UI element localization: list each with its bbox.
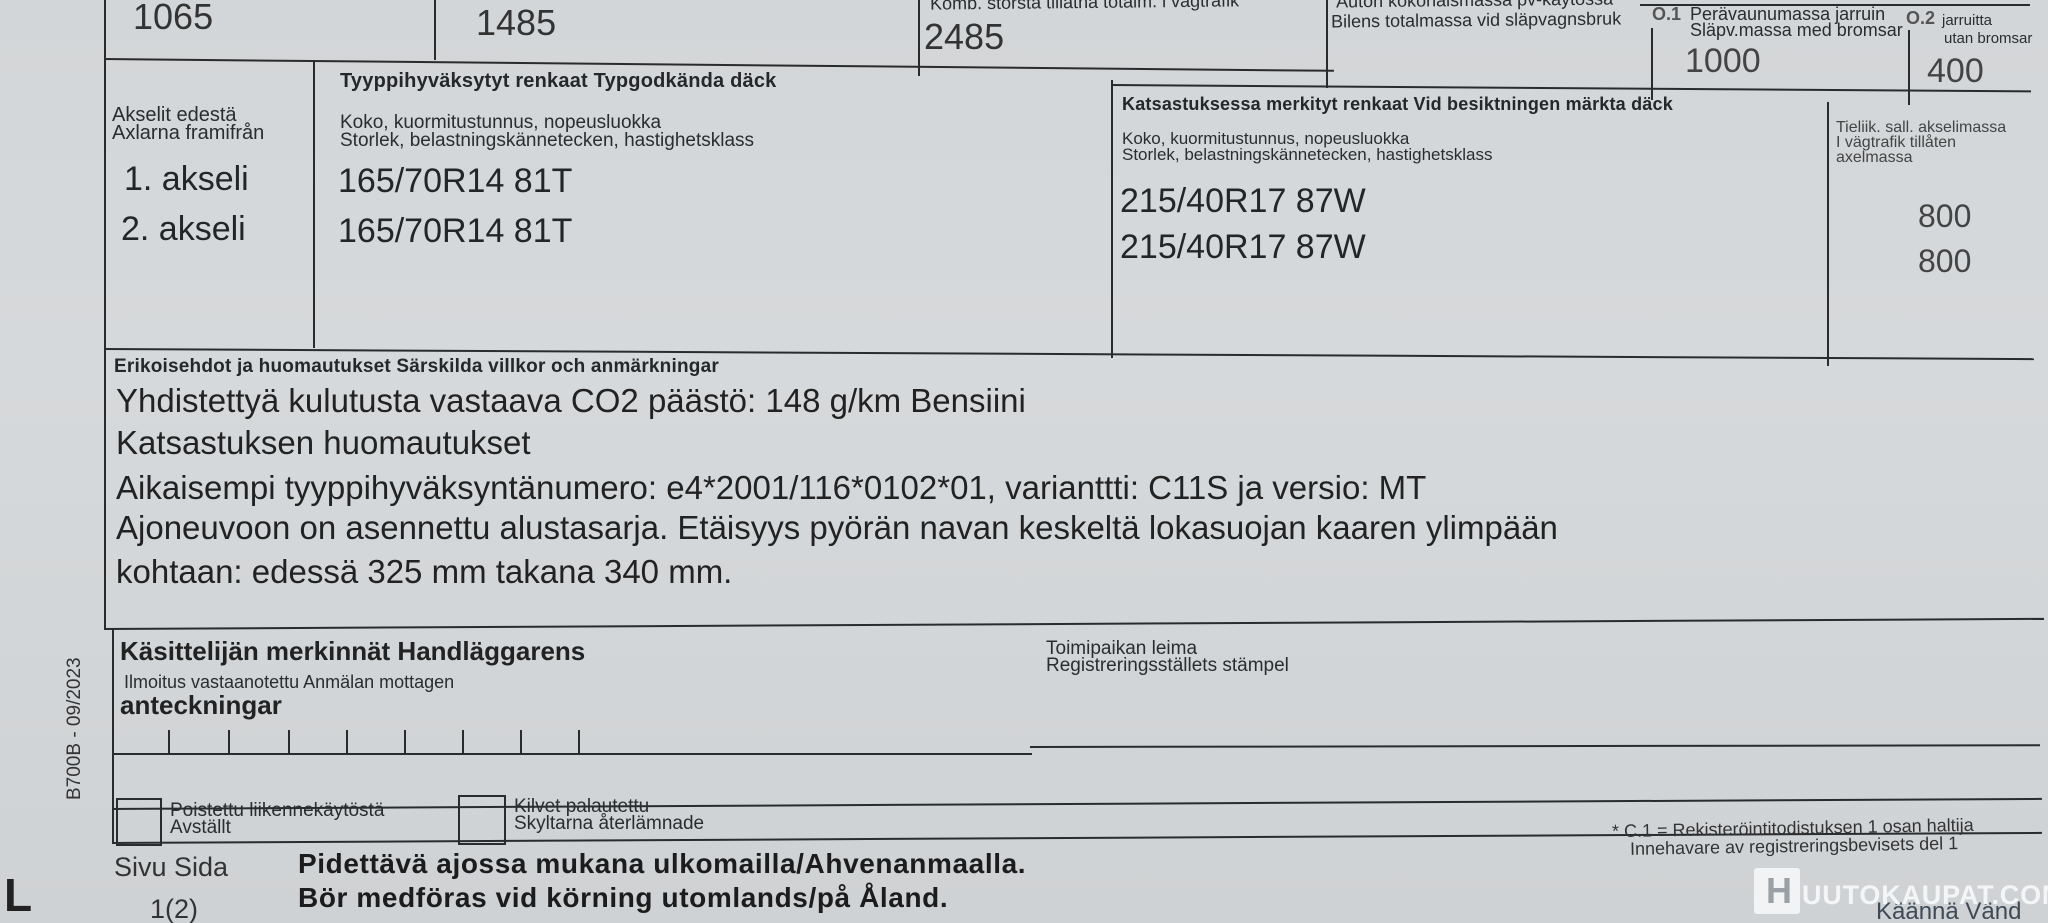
unbraked-mass-value: 400 (1927, 52, 1984, 91)
plates-returned-label-sv: Skyltarna återlämnade (514, 815, 704, 832)
date-tick (228, 730, 230, 754)
remark-line-2: Katsastuksen huomautukset (116, 424, 531, 462)
top-row-divider (104, 0, 106, 60)
huutokaupat-logo-icon: H (1754, 868, 1800, 914)
date-tick (404, 730, 406, 754)
mass-value-1: 1065 (133, 0, 213, 38)
top-row-divider (1908, 30, 1910, 105)
axle-mass-column-divider (1827, 102, 1829, 366)
type-approved-tires-title: Tyyppihyväksytyt renkaat Typgodkända däc… (340, 70, 777, 93)
received-label: Ilmoitus vastaanotettu Anmälan mottagen (124, 674, 454, 691)
handler-left-border (112, 628, 114, 843)
type-approved-sub-fi: Koko, kuormitustunnus, nopeusluokka (340, 114, 661, 131)
inspected-tire-2: 215/40R17 87W (1120, 228, 1366, 267)
type-approved-tire-2: 165/70R14 81T (338, 212, 572, 251)
axle-mass-value-2: 800 (1918, 243, 1971, 280)
date-tick (288, 730, 290, 754)
top-row-divider (434, 0, 436, 60)
type-approved-tire-1: 165/70R14 81T (338, 162, 572, 201)
top-row-divider (1326, 0, 1328, 88)
watermark-text: UUTOKAUPAT.COM (1802, 880, 2048, 911)
tires-column-divider (1111, 80, 1113, 358)
braked-code: O.1 (1652, 4, 1681, 25)
handler-top-border (104, 618, 2044, 630)
top-row-divider (918, 0, 920, 76)
axles-header-sv: Axlarna framifrån (112, 124, 264, 142)
remark-line-1: Yhdistettyä kulutusta vastaava CO2 pääst… (116, 382, 1026, 420)
date-tick (168, 730, 170, 754)
type-approved-sub-sv: Storlek, belastningskännetecken, hastigh… (340, 132, 754, 149)
axle-1-label: 1. akseli (124, 160, 249, 199)
axle-mass-label-2: I vägtrafik tillåten (1836, 135, 1956, 150)
handler-title-fi: Käsittelijän merkinnät Handläggarens (120, 636, 585, 667)
remarks-left-border (104, 348, 106, 628)
combination-mass-label: Komb. största tillåtna totalm. i vägtraf… (930, 0, 1239, 13)
handler-title-sv: anteckningar (120, 690, 282, 721)
inspected-tires-top-border (1111, 84, 2031, 92)
date-tick (462, 730, 464, 754)
tires-left-border (104, 58, 106, 348)
axle-mass-label-1: Tieliik. sall. akselimassa (1836, 120, 2006, 135)
date-tick (578, 730, 580, 754)
axle-mass-label-3: axelmassa (1836, 150, 1912, 165)
page-label: Sivu Sida (114, 852, 228, 883)
trailer-use-label-sv: Bilens totalmassa vid släpvagnsbruk (1331, 10, 1621, 30)
stamp-label-sv: Registreringsställets stämpel (1046, 657, 1289, 674)
inspected-sub-sv: Storlek, belastningskännetecken, hastigh… (1122, 146, 1492, 163)
page-number: 1(2) (150, 894, 198, 923)
logo-letter: H (1766, 870, 1792, 912)
unbraked-code: O.2 (1906, 8, 1935, 29)
unbraked-label-fi: jarruitta (1942, 12, 1992, 29)
max-mass-value: 1485 (476, 2, 556, 44)
removed-from-traffic-checkbox[interactable] (116, 798, 162, 846)
remarks-title: Erikoisehdot ja huomautukset Särskilda v… (114, 356, 719, 378)
axle-mass-value-1: 800 (1918, 198, 1971, 235)
remark-line-5: kohtaan: edessä 325 mm takana 340 mm. (116, 553, 732, 591)
unbraked-label-sv: utan bromsar (1944, 30, 2032, 47)
plates-returned-checkbox[interactable] (458, 795, 506, 845)
checkbox-row-top-border (112, 798, 2042, 810)
stamp-area-line (1030, 744, 2040, 748)
remark-line-3: Aikaisempi tyyppihyväksyntänumero: e4*20… (116, 469, 1426, 507)
remark-line-4: Ajoneuvoon on asennettu alustasarja. Etä… (116, 509, 1558, 547)
inspected-tire-1: 215/40R17 87W (1120, 182, 1366, 221)
corner-mark: L (4, 868, 32, 922)
braked-label-sv: Släpv.massa med bromsar (1690, 22, 1903, 39)
date-tick (346, 730, 348, 754)
inspected-tires-title: Katsastuksessa merkityt renkaat Vid besi… (1122, 94, 1673, 115)
removed-from-traffic-label-sv: Avställt (170, 819, 231, 836)
axles-column-divider (313, 60, 315, 348)
footnote-line-2: Innehavare av registreringsbevisets del … (1630, 835, 1958, 858)
form-code: B700B - 09/2023 (64, 657, 86, 800)
axle-2-label: 2. akseli (121, 210, 246, 249)
received-date-field[interactable] (112, 753, 1032, 755)
date-tick (520, 730, 522, 754)
carry-abroad-sv: Bör medföras vid körning utomlands/på Ål… (298, 882, 948, 914)
braked-mass-value: 1000 (1685, 42, 1761, 81)
carry-abroad-fi: Pidettävä ajossa mukana ulkomailla/Ahven… (298, 848, 1026, 880)
combination-mass-value: 2485 (924, 16, 1004, 58)
